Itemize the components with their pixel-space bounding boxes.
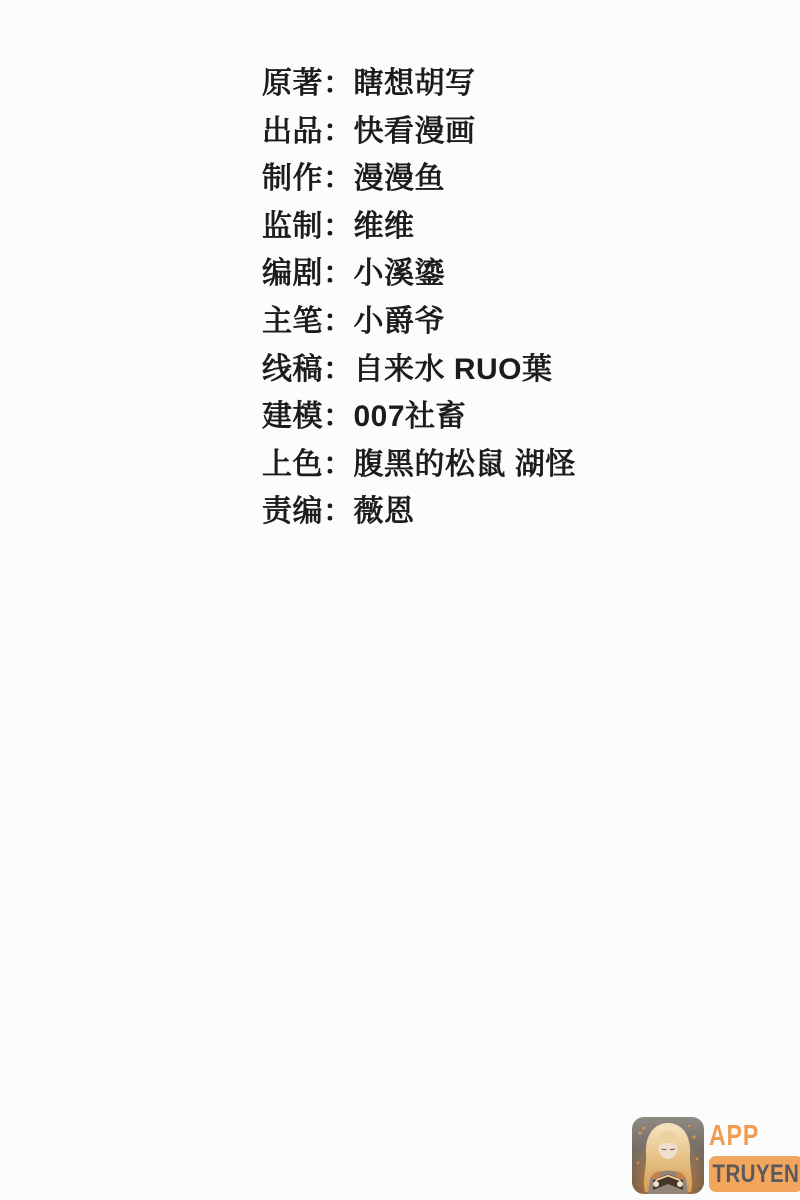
credit-value: 007社畜 [354,400,467,433]
credit-value: 腹黑的松鼠 湖怪 [354,448,576,481]
watermark-badge: TRUYEN [709,1156,800,1192]
credit-label: 上色： [262,441,354,489]
watermark: APP TRUYEN [632,1117,800,1194]
watermark-text-column: APP TRUYEN [709,1117,800,1194]
credit-value: 瞎想胡写 [354,67,476,100]
credit-row: 责编：薇恩 [262,488,576,536]
credit-row: 出品：快看漫画 [262,108,576,156]
credit-label: 线稿： [262,346,354,394]
credit-value: 薇恩 [354,495,415,528]
credit-label: 出品： [262,108,354,156]
credits-list: 原著：瞎想胡写 出品：快看漫画 制作：漫漫鱼 监制：维维 编剧：小溪鎏 主笔：小… [262,60,576,536]
credit-row: 原著：瞎想胡写 [262,60,576,108]
credit-value: 自来水 RUO葉 [354,353,553,386]
credit-row: 上色：腹黑的松鼠 湖怪 [262,441,576,489]
credit-value: 漫漫鱼 [354,162,446,195]
credit-label: 制作： [262,155,354,203]
credit-label: 责编： [262,488,354,536]
credit-label: 主笔： [262,298,354,346]
credit-value: 快看漫画 [354,115,476,148]
credit-row: 编剧：小溪鎏 [262,250,576,298]
credit-row: 建模：007社畜 [262,393,576,441]
credit-row: 制作：漫漫鱼 [262,155,576,203]
credit-value: 小溪鎏 [354,257,446,290]
comic-credits-page: 原著：瞎想胡写 出品：快看漫画 制作：漫漫鱼 监制：维维 编剧：小溪鎏 主笔：小… [0,0,800,1200]
credit-value: 维维 [354,210,415,243]
credit-label: 原著： [262,60,354,108]
credit-label: 监制： [262,203,354,251]
reading-character-avatar-icon [632,1117,704,1194]
credit-row: 主笔：小爵爷 [262,298,576,346]
credit-value: 小爵爷 [354,305,446,338]
credit-label: 建模： [262,393,354,441]
credit-row: 线稿：自来水 RUO葉 [262,346,576,394]
credit-row: 监制：维维 [262,203,576,251]
watermark-app-label: APP [709,1122,784,1151]
watermark-badge-label: TRUYEN [713,1160,800,1189]
credit-label: 编剧： [262,250,354,298]
